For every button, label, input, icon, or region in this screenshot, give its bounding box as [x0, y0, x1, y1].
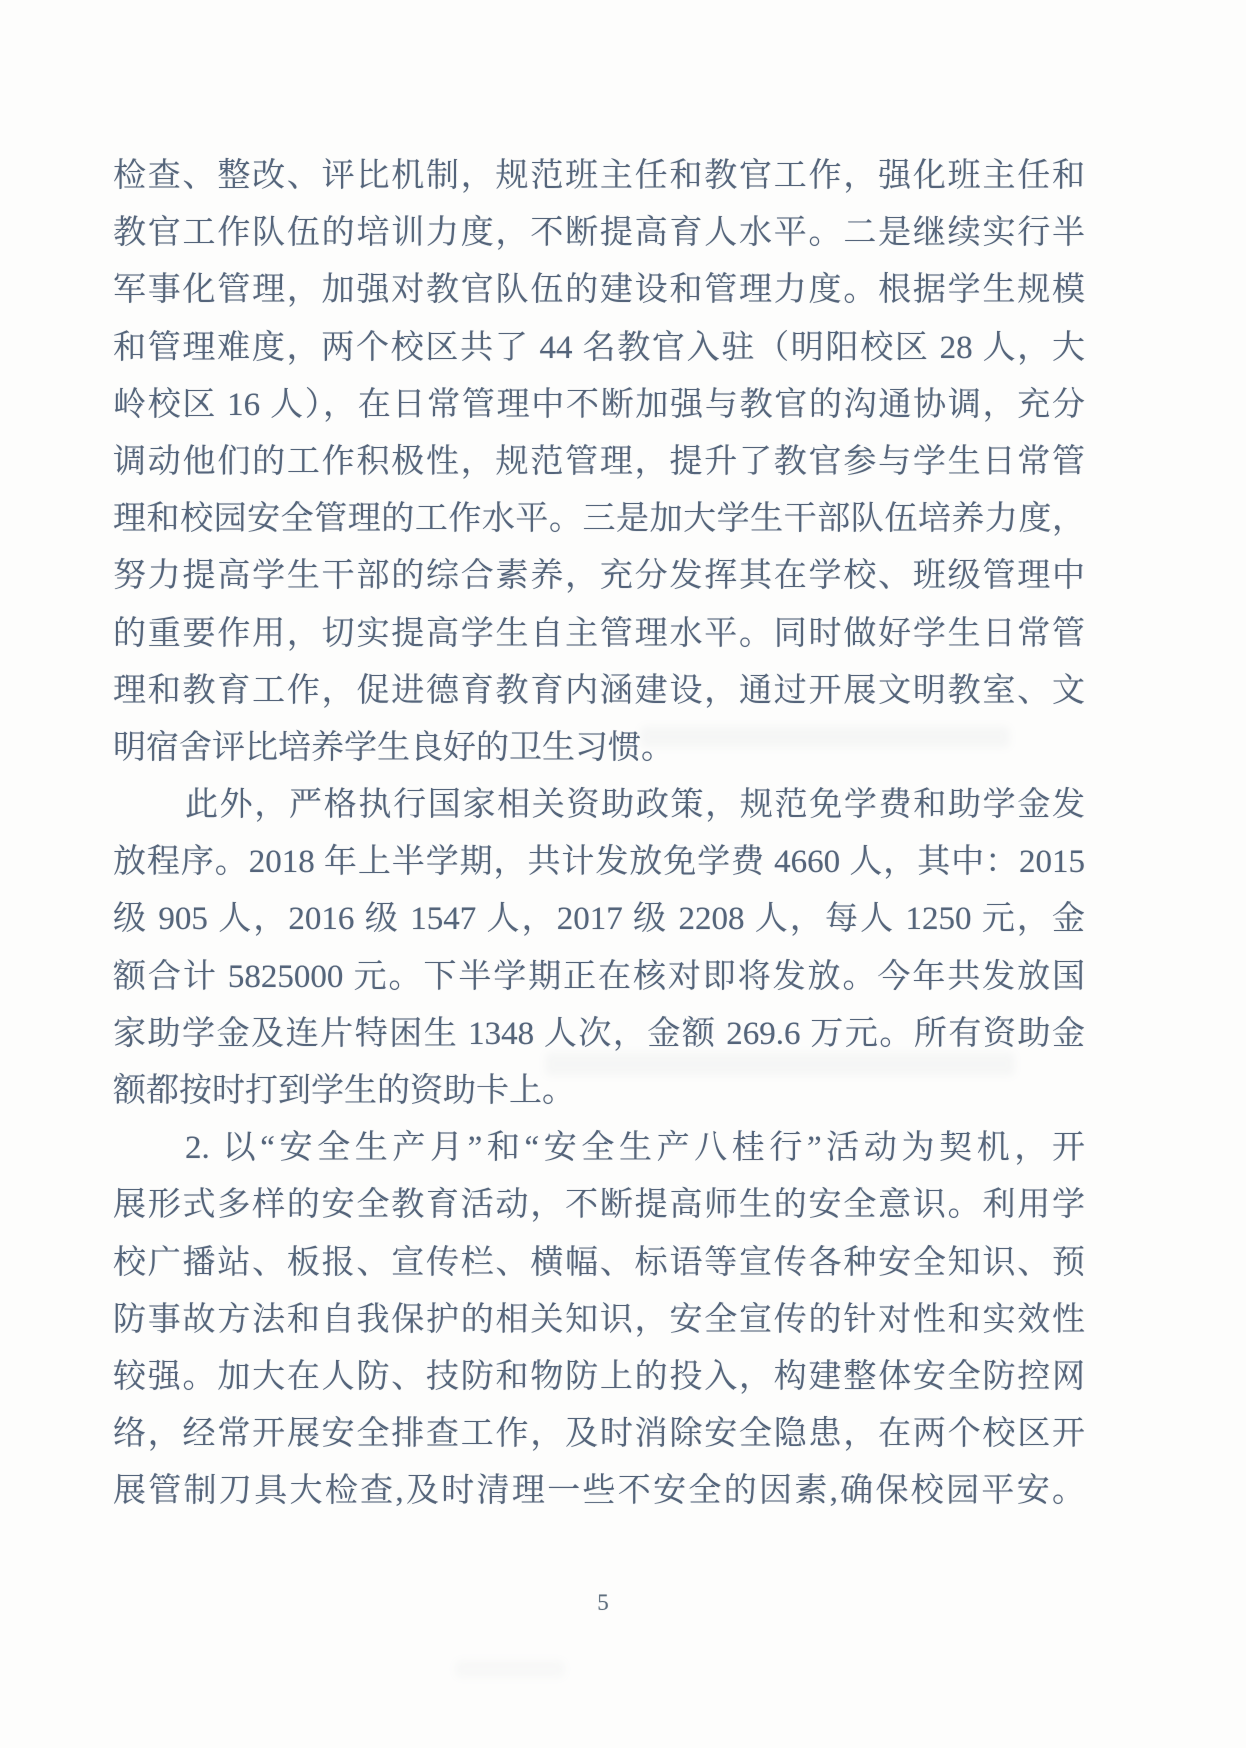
text-line-paragraph-start: 此外，严格执行国家相关资助政策，规范免学费和助学金发: [113, 777, 1085, 834]
text-line-paragraph-end: 展管制刀具大检查,及时清理一些不安全的因素,确保校园平安。: [113, 1463, 1085, 1520]
text-line: 理和校园安全管理的工作水平。三是加大学生干部队伍培养力度，: [113, 491, 1085, 548]
text-line: 防事故方法和自我保护的相关知识，安全宣传的针对性和实效性: [113, 1292, 1085, 1349]
text-line: 军事化管理，加强对教官队伍的建设和管理力度。根据学生规模: [113, 262, 1085, 319]
scan-smudge: [640, 726, 1010, 748]
text-line-paragraph-start: 2. 以“安全生产月”和“安全生产八桂行”活动为契机，开: [113, 1120, 1085, 1177]
scanned-document-page: 检查、整改、评比机制，规范班主任和教官工作，强化班主任和 教官工作队伍的培训力度…: [0, 0, 1246, 1748]
page-number: 5: [588, 1588, 618, 1618]
text-line: 额合计 5825000 元。下半学期正在核对即将发放。今年共发放国: [113, 949, 1085, 1006]
text-line: 调动他们的工作积极性，规范管理，提升了教官参与学生日常管: [113, 434, 1085, 491]
text-line: 级 905 人，2016 级 1547 人，2017 级 2208 人，每人 1…: [113, 891, 1085, 948]
text-line: 和管理难度，两个校区共了 44 名教官入驻（明阳校区 28 人，大: [113, 320, 1085, 377]
text-line: 努力提高学生干部的综合素养，充分发挥其在学校、班级管理中: [113, 548, 1085, 605]
text-line: 岭校区 16 人），在日常管理中不断加强与教官的沟通协调，充分: [113, 377, 1085, 434]
text-line: 较强。加大在人防、技防和物防上的投入，构建整体安全防控网: [113, 1349, 1085, 1406]
text-line: 理和教育工作，促进德育教育内涵建设，通过开展文明教室、文: [113, 663, 1085, 720]
scan-smudge: [545, 1052, 1015, 1076]
text-line: 放程序。2018 年上半学期，共计发放免学费 4660 人，其中：2015: [113, 834, 1085, 891]
text-line: 展形式多样的安全教育活动，不断提高师生的安全意识。利用学: [113, 1177, 1085, 1234]
scan-smudge: [455, 1660, 565, 1678]
text-line: 的重要作用，切实提高学生自主管理水平。同时做好学生日常管: [113, 606, 1085, 663]
text-line: 教官工作队伍的培训力度，不断提高育人水平。二是继续实行半: [113, 205, 1085, 262]
text-line: 检查、整改、评比机制，规范班主任和教官工作，强化班主任和: [113, 148, 1085, 205]
text-line: 校广播站、板报、宣传栏、横幅、标语等宣传各种安全知识、预: [113, 1235, 1085, 1292]
document-body-text: 检查、整改、评比机制，规范班主任和教官工作，强化班主任和 教官工作队伍的培训力度…: [113, 148, 1085, 1521]
text-line: 络，经常开展安全排查工作，及时消除安全隐患，在两个校区开: [113, 1406, 1085, 1463]
